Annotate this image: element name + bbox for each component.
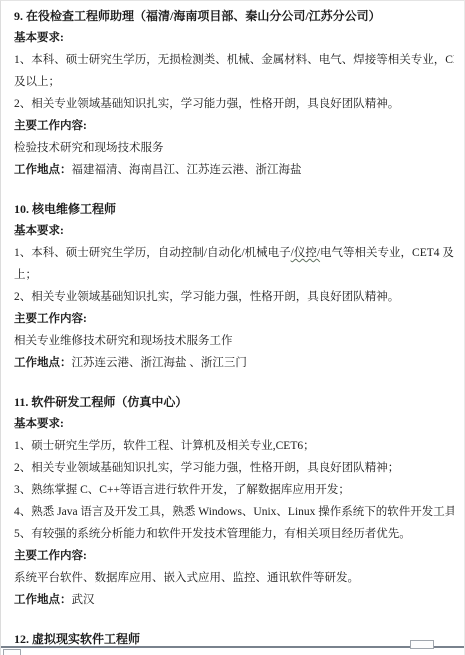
job-section-title-10: 10. 核电维修工程师	[14, 198, 454, 220]
requirement-item: 1、本科、硕士研究生学历，自动控制/自动化/机械电子/仪控/电气等相关专业，CE…	[14, 242, 454, 264]
work-content-9: 检验技术研究和现场技术服务	[14, 137, 454, 159]
work-content-11: 系统平台软件、数据库应用、嵌入式应用、监控、通讯软件等研发。	[14, 567, 454, 589]
spellcheck-flagged-text: /仪控/	[291, 247, 320, 259]
work-location-value: 武汉	[72, 594, 95, 606]
requirement-item: 1、本科、硕士研究生学历，无损检测类、机械、金属材料、电气、焊接等相关专业，CE…	[14, 49, 454, 71]
work-location-10: 工作地点：江苏连云港、浙江海盐 、浙江三门	[14, 352, 454, 374]
requirement-item: 3、熟练掌握 C、C++等语言进行软件开发，了解数据库应用开发；	[14, 479, 454, 501]
requirement-item: 2、相关专业领域基础知识扎实，学习能力强，性格开朗，具良好团队精神。	[14, 93, 454, 115]
work-location-label: 工作地点：	[14, 164, 72, 176]
requirement-text-post: 电气等相关专业，CET4 及以	[320, 247, 454, 259]
document-content: 9. 在役检查工程师助理（福清/海南项目部、秦山分公司/江苏分公司） 基本要求:…	[1, 1, 464, 650]
work-content-label-10: 主要工作内容:	[14, 308, 454, 330]
requirements-label-11: 基本要求:	[14, 413, 454, 435]
page-corner-marker-left	[3, 649, 21, 655]
requirement-text-pre: 1、本科、硕士研究生学历，自动控制/自动化/机械电子	[14, 247, 291, 259]
requirement-item: 4、熟悉 Java 语言及开发工具，熟悉 Windows、Unix、Linux …	[14, 501, 454, 523]
requirements-label-10: 基本要求:	[14, 220, 454, 242]
document-page: 9. 在役检查工程师助理（福清/海南项目部、秦山分公司/江苏分公司） 基本要求:…	[0, 0, 465, 655]
work-location-9: 工作地点：福建福清、海南昌江、江苏连云港、浙江海盐	[14, 159, 454, 181]
work-content-label-11: 主要工作内容:	[14, 545, 454, 567]
work-content-10: 相关专业维修技术研究和现场技术服务工作	[14, 330, 454, 352]
work-location-label: 工作地点：	[14, 594, 72, 606]
requirements-label-9: 基本要求:	[14, 27, 454, 49]
work-location-value: 福建福清、海南昌江、江苏连云港、浙江海盐	[72, 164, 302, 176]
requirement-item: 1、硕士研究生学历，软件工程、计算机及相关专业,CET6；	[14, 435, 454, 457]
work-location-label: 工作地点：	[14, 357, 72, 369]
requirement-item: 2、相关专业领域基础知识扎实，学习能力强，性格开朗，具良好团队精神；	[14, 457, 454, 479]
requirement-item: 2、相关专业领域基础知识扎实，学习能力强，性格开朗，具良好团队精神。	[14, 286, 454, 308]
requirement-item-wrap: 及以上；	[14, 71, 454, 93]
work-content-label-9: 主要工作内容:	[14, 115, 454, 137]
job-section-title-9: 9. 在役检查工程师助理（福清/海南项目部、秦山分公司/江苏分公司）	[14, 5, 454, 27]
page-bottom-rule	[1, 646, 464, 648]
requirement-item-wrap: 上；	[14, 264, 454, 286]
requirement-item: 5、有较强的系统分析能力和软件开发技术管理能力，有相关项目经历者优先。	[14, 523, 454, 545]
page-corner-marker-right	[410, 640, 434, 649]
work-location-11: 工作地点：武汉	[14, 589, 454, 611]
job-section-title-11: 11. 软件研发工程师（仿真中心）	[14, 391, 454, 413]
work-location-value: 江苏连云港、浙江海盐 、浙江三门	[72, 357, 247, 369]
